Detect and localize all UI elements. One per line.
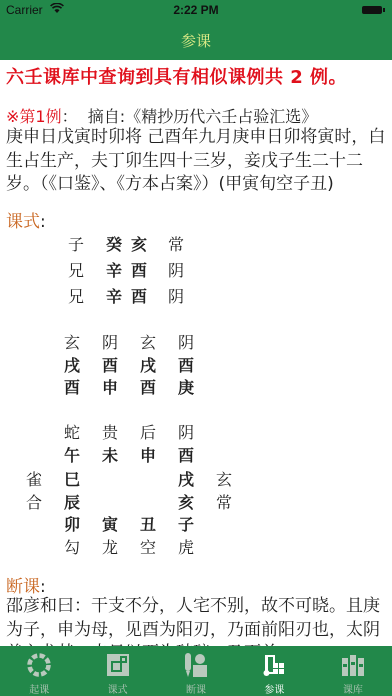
case-header: ※第1例： 摘自:《精抄历代六壬占验汇选》 [6,104,317,127]
duanke-label: 断课: [6,572,46,597]
tab-qike[interactable]: 起课 [0,646,78,696]
tianpan-cell: 戌 [176,467,196,490]
sanchuan-cell: 阴 [166,284,186,307]
sanchuan-cell: 癸 [104,232,124,255]
tab-keku[interactable]: 课库 [314,646,392,696]
duanke-colon: : [40,577,46,597]
tianpan-cell: 子 [176,512,196,535]
sanchuan-cell: 酉 [129,284,149,307]
tianpan-cell: 玄 [214,467,234,490]
duanke-text: 邵彦和曰：干支不分，人宅不别，故不可晓。且庚为子，申为母，见酉为阳刃，乃面前阳刃… [6,595,390,646]
content-scroll[interactable]: 六壬课库中查询到具有相似课例共 2 例。 ※第1例： 摘自:《精抄历代六壬占验汇… [0,60,392,646]
sike-cell: 阴 [176,330,196,353]
sike-cell: 酉 [138,375,158,398]
sike-cell: 玄 [138,330,158,353]
case-colon: ： [62,107,78,126]
tab-label: 断课 [186,681,206,696]
tianpan-cell: 勾 [62,535,82,558]
tianpan-cell: 贵 [100,420,120,443]
status-bar: Carrier 2:22 PM [0,0,392,20]
sike-cell: 酉 [176,353,196,376]
tianpan-cell: 合 [24,490,44,513]
nav-bar: 参课 [0,20,392,60]
tab-label: 课式 [108,681,128,696]
sanchuan-cell: 兄 [66,284,86,307]
sike-cell: 戌 [62,353,82,376]
sanchuan-cell: 辛 [104,284,124,307]
keshi-label: 课式: [6,207,46,232]
sike-cell: 戌 [138,353,158,376]
page-title: 参课 [181,30,211,51]
tianpan-cell: 虎 [176,535,196,558]
tab-duanke[interactable]: 断课 [157,646,235,696]
source-title: 《精抄历代六壬占验汇选》 [125,107,317,126]
case-description: 庚申日戊寅时卯将 己酉年九月庚申日卯将寅时，白生占生产，夫丁卯生四十三岁，妾戊子… [6,126,390,197]
tianpan-cell: 卯 [62,512,82,535]
sike-cell: 阴 [100,330,120,353]
status-time: 2:22 PM [0,3,392,17]
tianpan-cell: 龙 [100,535,120,558]
squares-icon [105,652,131,678]
result-headline: 六壬课库中查询到具有相似课例共 2 例。 [6,63,347,89]
tab-bar: 起课 课式 断课 [0,646,392,696]
tab-keshi[interactable]: 课式 [78,646,156,696]
sike-cell: 玄 [62,330,82,353]
sanchuan-cell: 子 [66,232,86,255]
sanchuan-cell: 辛 [104,258,124,281]
keshi-colon: : [40,212,46,232]
sanchuan-cell: 酉 [129,258,149,281]
sike-cell: 申 [100,375,120,398]
keshi-label-text: 课式 [6,212,40,232]
tianpan-cell: 未 [100,443,120,466]
tab-label: 参课 [264,681,284,696]
tab-canke[interactable]: 参课 [235,646,313,696]
tianpan-cell: 寅 [100,512,120,535]
tianpan-cell: 辰 [62,490,82,513]
duanke-label-text: 断课 [6,577,40,597]
ring-icon [26,652,52,678]
books-icon [340,652,366,678]
tianpan-cell: 巳 [62,467,82,490]
source-prefix: 摘自: [78,107,126,126]
sanchuan-cell: 兄 [66,258,86,281]
tianpan-cell: 后 [138,420,158,443]
tianpan-cell: 酉 [176,443,196,466]
case-label: ※第1例 [6,107,62,126]
sike-cell: 酉 [100,353,120,376]
scroll-grid-icon [261,652,287,678]
tianpan-cell: 阴 [176,420,196,443]
tab-label: 起课 [29,681,49,696]
tianpan-cell: 丑 [138,512,158,535]
tianpan-cell: 午 [62,443,82,466]
sanchuan-cell: 亥 [129,232,149,255]
tianpan-cell: 申 [138,443,158,466]
sanchuan-cell: 阴 [166,258,186,281]
sike-cell: 酉 [62,375,82,398]
tianpan-cell: 雀 [24,467,44,490]
tianpan-cell: 常 [214,490,234,513]
tianpan-cell: 亥 [176,490,196,513]
tab-label: 课库 [343,681,363,696]
battery-icon [362,6,382,14]
tianpan-cell: 空 [138,535,158,558]
sanchuan-cell: 常 [166,232,186,255]
sike-cell: 庚 [176,375,196,398]
tianpan-cell: 蛇 [62,420,82,443]
person-pen-icon [183,652,209,678]
